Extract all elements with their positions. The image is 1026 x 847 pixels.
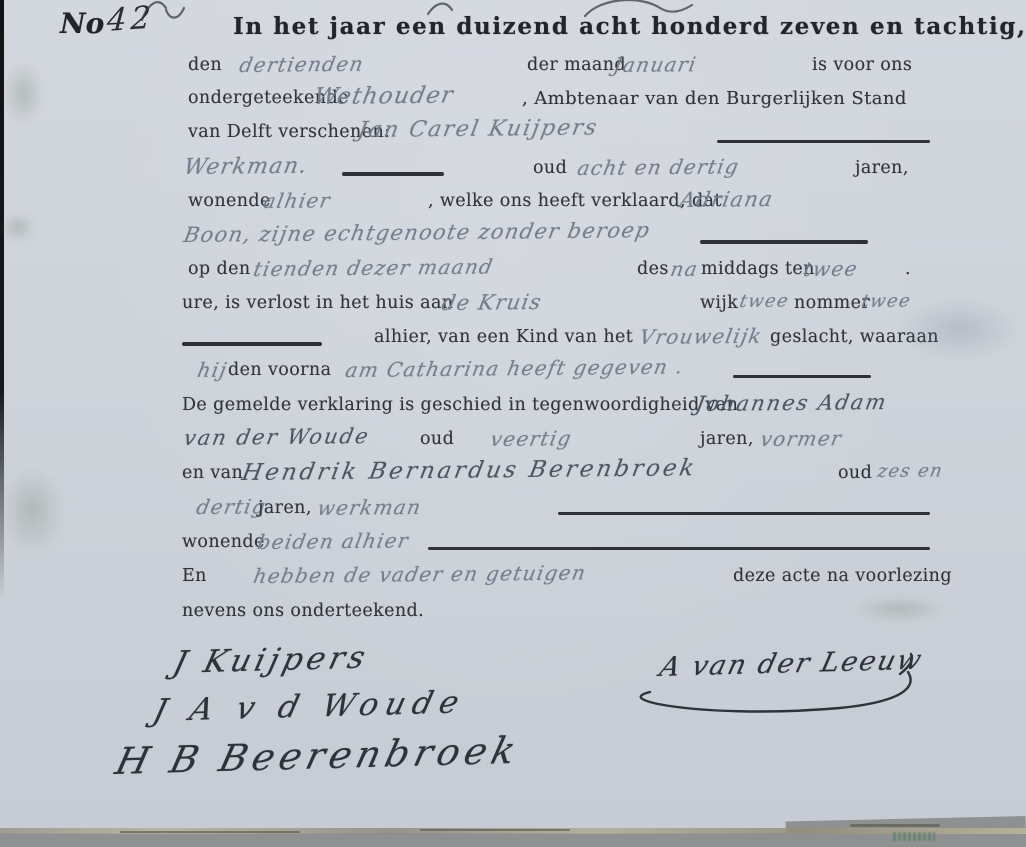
written-witness1-age: veertig (489, 428, 574, 449)
label-op-den: op den (188, 261, 251, 279)
ink-rule (428, 547, 930, 550)
written-hij: hij (196, 360, 229, 380)
written-witness1-occupation: vormer (759, 428, 844, 449)
label-period: . (905, 261, 911, 279)
ink-rule (558, 512, 930, 515)
written-witness2-age-part1: zes en (876, 462, 945, 481)
label-wijk: wijk (700, 295, 738, 313)
label-jaren: jaren, (855, 160, 909, 178)
written-declarant-name: Jan Carel Kuijpers (356, 117, 600, 142)
label-deze-acte: deze acte na voorlezing (733, 568, 952, 586)
label-middags-ten: middags ten (701, 261, 815, 279)
label-wonende: wonende (188, 193, 271, 211)
written-mother-firstname: Adriana (678, 189, 775, 211)
written-address: de Kruis (440, 292, 544, 314)
ink-rule (700, 240, 868, 244)
record-number-value: 42 (106, 2, 156, 37)
written-declarant-occupation: Werkman. (182, 156, 310, 179)
written-na: na (669, 259, 700, 279)
signature-flourish (600, 630, 940, 740)
written-witness2-occupation: werkman (316, 497, 423, 518)
bleed-through-mark (0, 468, 64, 554)
label-den: den (188, 57, 222, 75)
ink-rule (342, 172, 444, 176)
written-birth-day: tienden dezer maand (252, 256, 495, 279)
label-wonende: wonende (182, 534, 265, 552)
written-gender: Vrouwelijk (638, 326, 764, 347)
bleed-through-mark (852, 596, 946, 622)
record-number-label: No (60, 10, 104, 38)
label-ure-verlost: ure, is verlost in het huis aan (182, 295, 453, 313)
ink-rule (717, 140, 930, 143)
edge-stamp-fragment (893, 832, 935, 841)
signature-witness1: J A v d Woude (150, 687, 469, 727)
label-der-maand: der maand (527, 57, 626, 75)
written-month: Januari (612, 54, 699, 75)
act-heading: In het jaar een duizend acht honderd zev… (233, 15, 1026, 38)
label-jaren: jaren, (258, 500, 312, 518)
paper-sheet: No 42 In het jaar een duizend acht honde… (0, 0, 1026, 833)
bleed-through-mark (2, 62, 44, 126)
written-witness1-firstnames: Johannes Adam (694, 392, 889, 415)
written-residence: alhier (262, 190, 333, 211)
written-nommer-value: twee (860, 292, 913, 311)
paper-edge-streak (120, 831, 300, 833)
written-birth-hour: twee (802, 258, 860, 279)
label-jaren: jaren, (700, 431, 754, 449)
written-mother-name-occupation: Boon, zijne echtgenoote zonder beroep (182, 220, 652, 246)
label-nommer: nommer (794, 295, 870, 313)
label-is-voor-ons: is voor ons (812, 57, 912, 75)
written-witness1-surname: van der Woude (182, 426, 372, 449)
signature-witness2: H B Beerenbroek (112, 732, 524, 780)
signature-declarant: J Kuijpers (170, 643, 372, 679)
written-official-title: Wethouder (312, 85, 456, 109)
page-binding-edge (0, 0, 4, 600)
written-declarant-age: acht en dertig (576, 156, 741, 178)
paper-edge-streak (850, 824, 940, 827)
ink-rule (182, 342, 322, 346)
label-des: des (637, 261, 669, 279)
label-en-van: en van (182, 465, 243, 483)
written-witnesses-residence: beiden alhier (256, 530, 411, 552)
label-ambtenaar: , Ambtenaar van den Burgerlijken Stand (522, 90, 907, 108)
ink-rule (733, 375, 871, 378)
scanned-birth-record: { "page": { "record_no_label": "No", "re… (0, 0, 1026, 847)
label-nevens-onderteekend: nevens ons onderteekend. (182, 603, 424, 621)
written-wijk-value: twee (738, 292, 791, 311)
label-oud: oud (420, 431, 454, 449)
written-signing-clause: hebben de vader en getuigen (252, 563, 588, 586)
bleed-through-mark (0, 212, 36, 242)
written-child-names: am Catharina heeft gegeven . (344, 356, 686, 380)
label-geslacht-waaraan: geslacht, waaraan (770, 329, 939, 347)
label-oud: oud (533, 160, 567, 178)
written-day: dertienden (238, 54, 366, 75)
label-den-voorna: den voorna (228, 362, 331, 380)
label-alhier-kind: alhier, van een Kind van het (374, 329, 633, 347)
label-en: En (182, 568, 207, 586)
label-oud: oud (838, 465, 872, 483)
paper-edge-streak (420, 829, 570, 831)
label-gemelde-verklaring: De gemelde verklaring is geschied in teg… (182, 397, 738, 415)
written-witness2-name: Hendrik Bernardus Berenbroek (240, 457, 699, 485)
